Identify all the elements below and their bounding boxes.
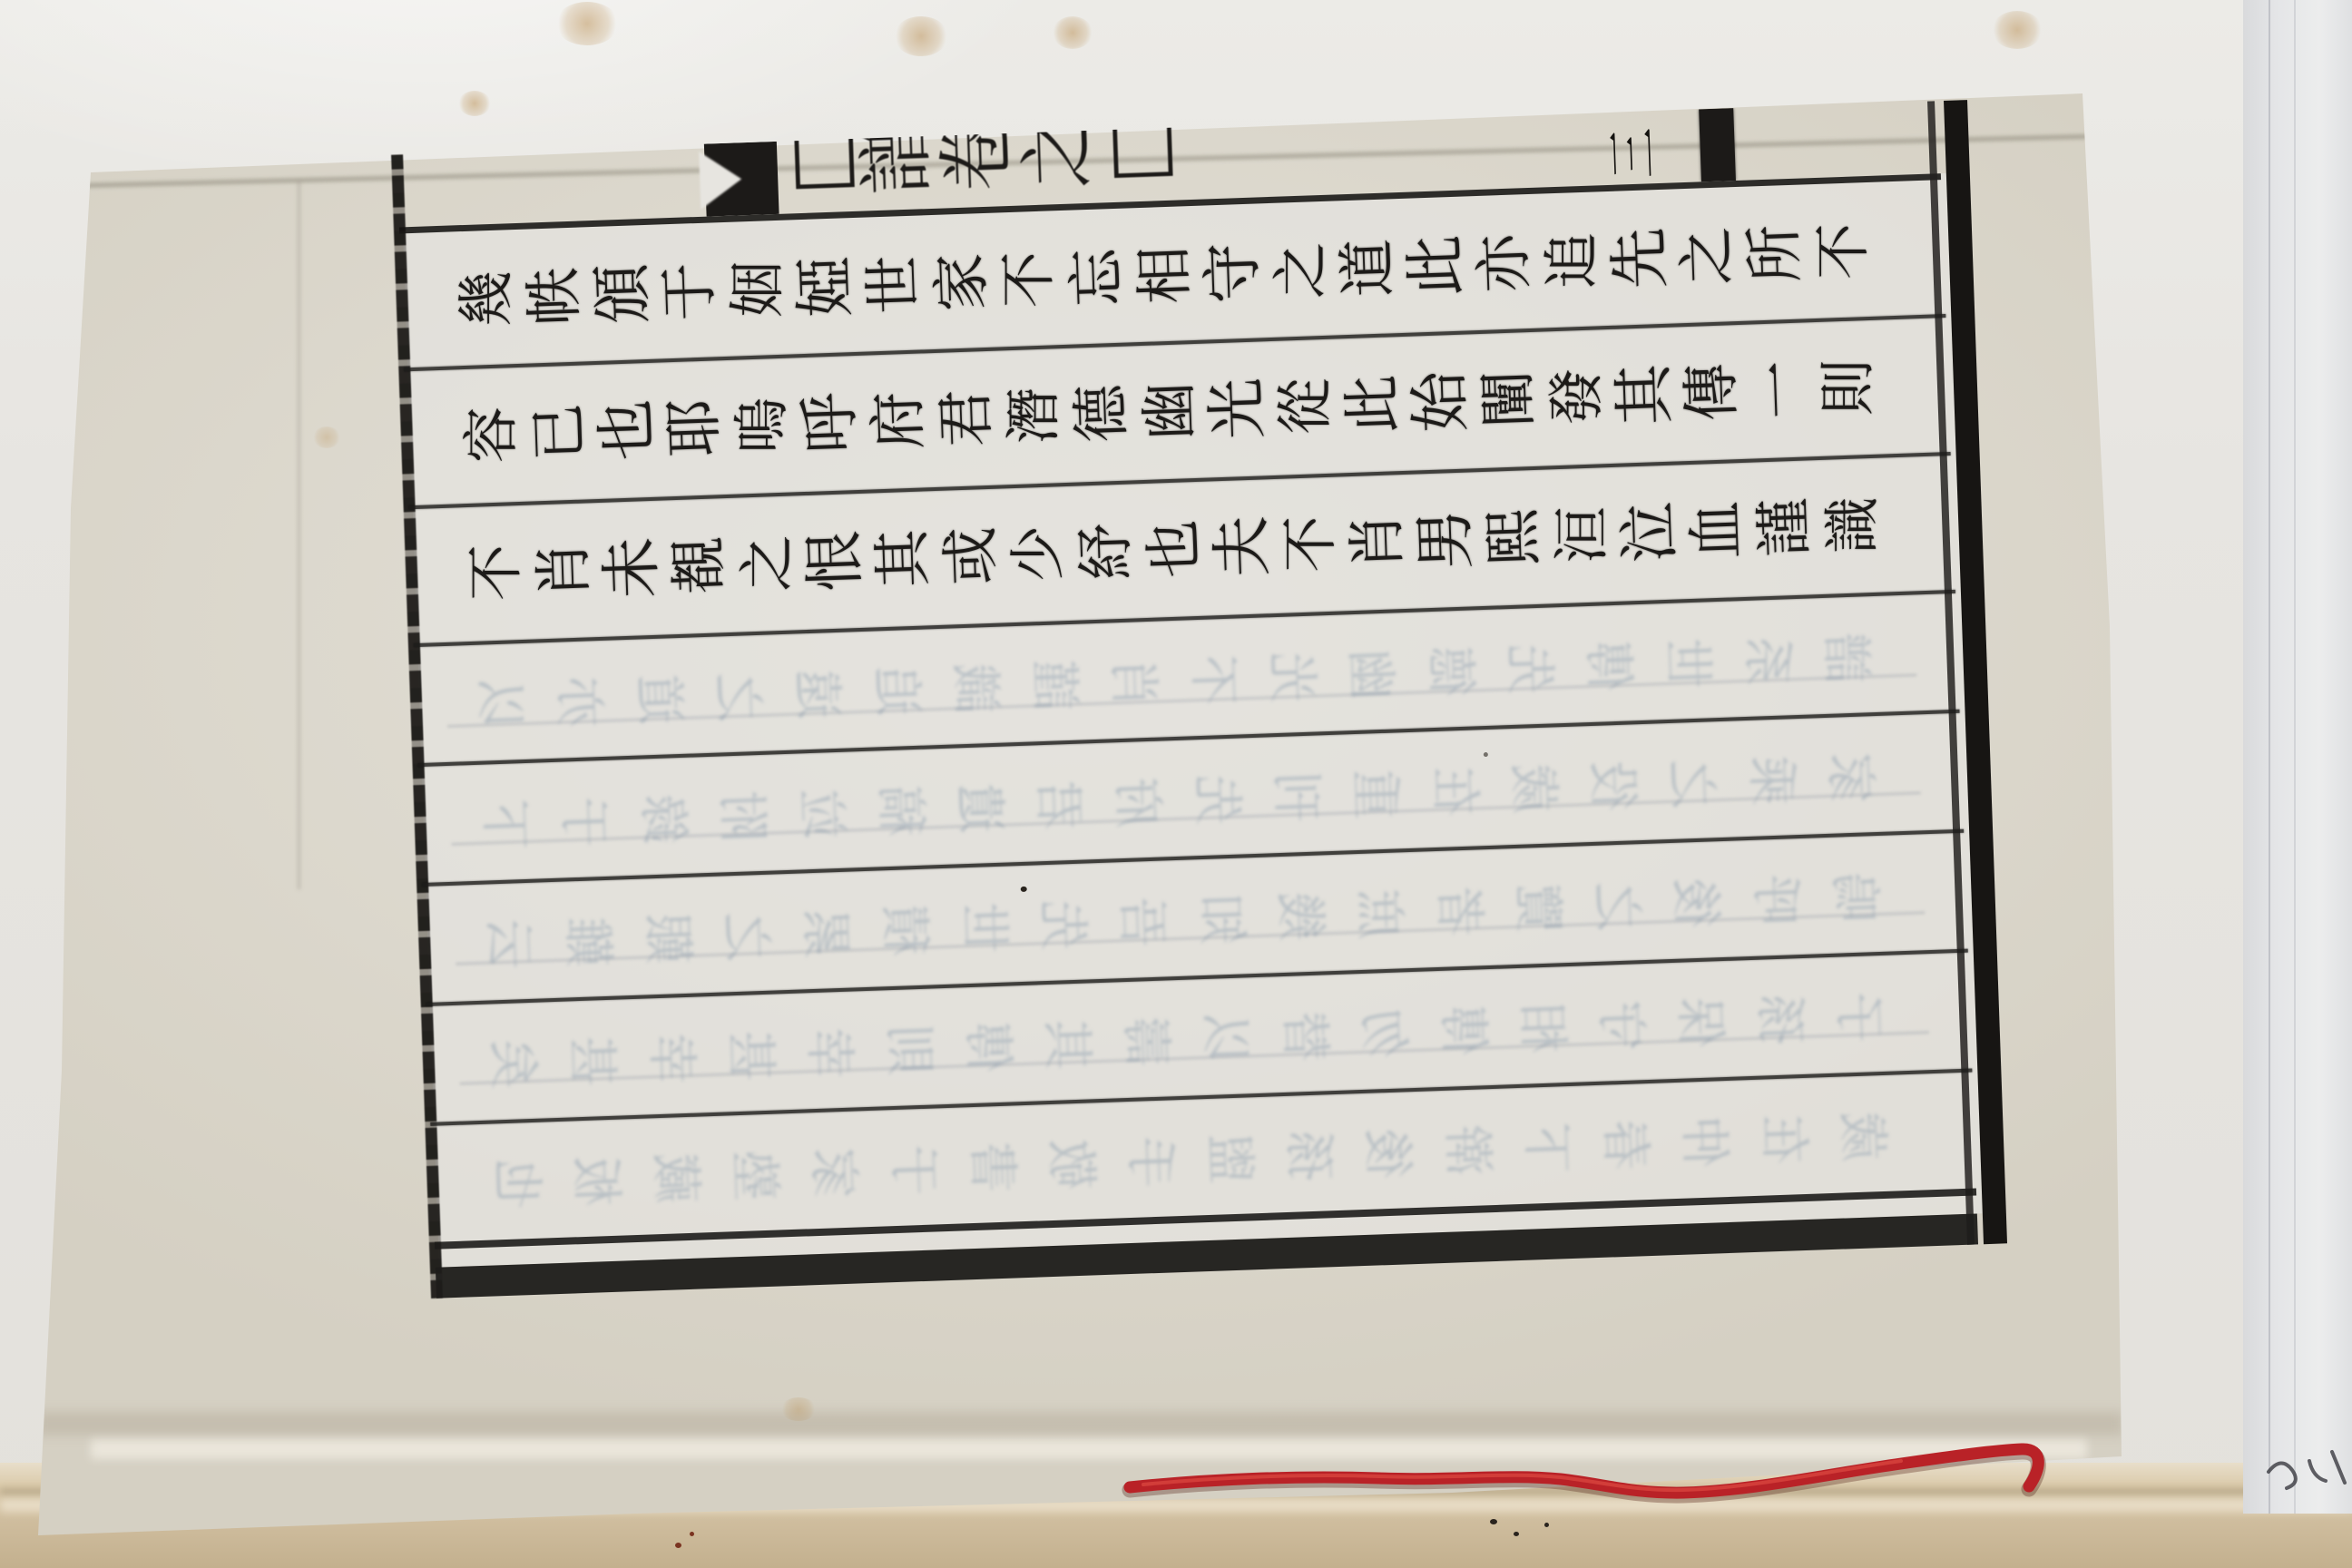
pen-scribble <box>0 0 2352 1568</box>
photograph-of-woodblock-book: □譜卷之□ 三 幾帙頒于姻婭世家不忘相守之道此亦追先之所不 容已也耶嗚呼府君潛德… <box>0 0 2352 1568</box>
